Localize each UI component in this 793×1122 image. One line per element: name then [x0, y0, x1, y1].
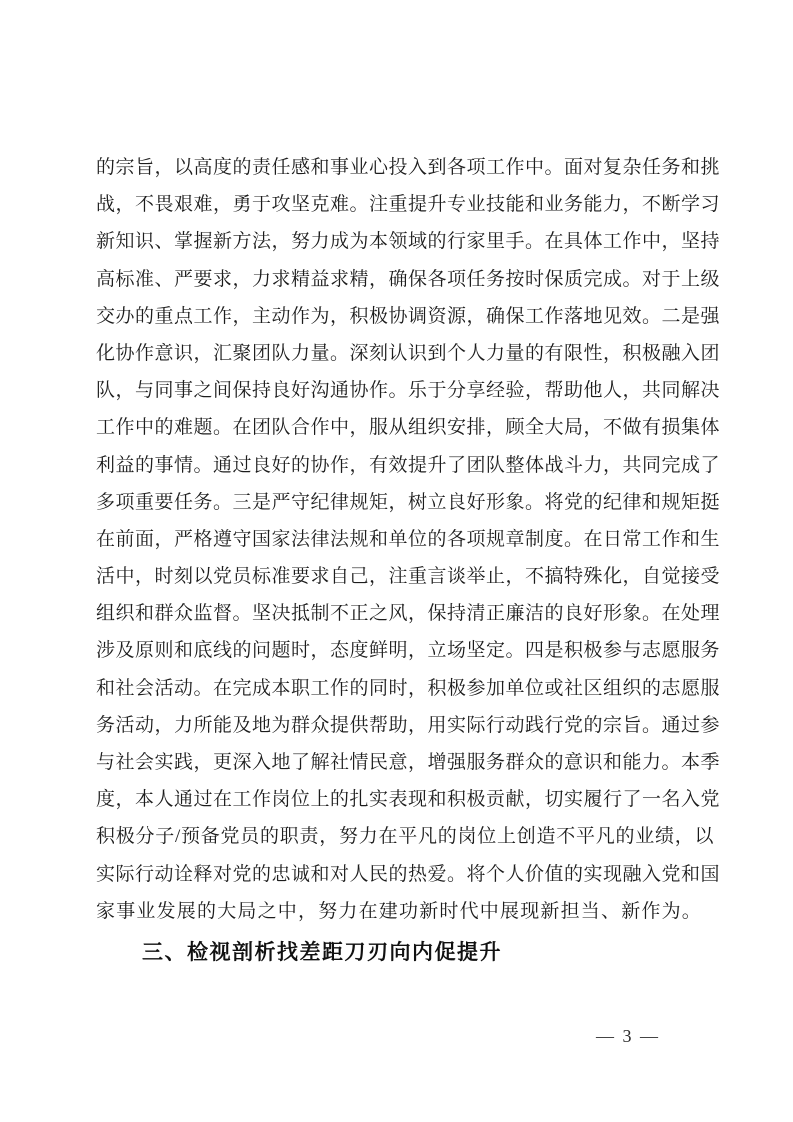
body-line: 队，与同事之间保持良好沟通协作。乐于分享经验，帮助他人，共同解决: [96, 372, 714, 409]
body-line: 高标准、严要求，力求精益求精，确保各项任务按时保质完成。对于上级: [96, 261, 714, 298]
body-line: 度，本人通过在工作岗位上的扎实表现和积极贡献，切实履行了一名入党: [96, 781, 714, 818]
document-page: 的宗旨，以高度的责任感和事业心投入到各项工作中。面对复杂任务和挑 战，不畏艰难，…: [0, 0, 793, 1122]
body-line: 化协作意识，汇聚团队力量。深刻认识到个人力量的有限性，积极融入团: [96, 335, 714, 372]
body-line: 组织和群众监督。坚决抵制不正之风，保持清正廉洁的良好形象。在处理: [96, 595, 714, 632]
body-line: 多项重要任务。三是严守纪律规矩，树立良好形象。将党的纪律和规矩挺: [96, 484, 714, 521]
body-line: 务活动，力所能及地为群众提供帮助，用实际行动践行党的宗旨。通过参: [96, 707, 714, 744]
body-line: 交办的重点工作，主动作为，积极协调资源，确保工作落地见效。二是强: [96, 298, 714, 335]
page-number: — 3 —: [596, 1026, 660, 1047]
body-line: 新知识、掌握新方法，努力成为本领域的行家里手。在具体工作中，坚持: [96, 223, 714, 260]
body-line: 工作中的难题。在团队合作中，服从组织安排，顾全大局，不做有损集体: [96, 409, 714, 446]
body-line: 涉及原则和底线的问题时，态度鲜明，立场坚定。四是积极参与志愿服务: [96, 632, 714, 669]
body-line: 积极分子/预备党员的职责，努力在平凡的岗位上创造不平凡的业绩，以: [96, 818, 714, 855]
body-line: 与社会实践，更深入地了解社情民意，增强服务群众的意识和能力。本季: [96, 744, 714, 781]
body-line: 活中，时刻以党员标准要求自己，注重言谈举止，不搞特殊化，自觉接受: [96, 558, 714, 595]
body-line: 和社会活动。在完成本职工作的同时，积极参加单位或社区组织的志愿服: [96, 670, 714, 707]
body-line: 的宗旨，以高度的责任感和事业心投入到各项工作中。面对复杂任务和挑: [96, 149, 714, 186]
body-line: 家事业发展的大局之中，努力在建功新时代中展现新担当、新作为。: [96, 893, 714, 930]
body-line: 实际行动诠释对党的忠诚和对人民的热爱。将个人价值的实现融入党和国: [96, 856, 714, 893]
body-line: 战，不畏艰难，勇于攻坚克难。注重提升专业技能和业务能力，不断学习: [96, 186, 714, 223]
section-heading: 三、检视剖析找差距刀刃向内促提升: [96, 934, 714, 971]
body-line: 在前面，严格遵守国家法律法规和单位的各项规章制度。在日常工作和生: [96, 521, 714, 558]
body-line: 利益的事情。通过良好的协作，有效提升了团队整体战斗力，共同完成了: [96, 447, 714, 484]
document-body: 的宗旨，以高度的责任感和事业心投入到各项工作中。面对复杂任务和挑 战，不畏艰难，…: [96, 149, 714, 971]
